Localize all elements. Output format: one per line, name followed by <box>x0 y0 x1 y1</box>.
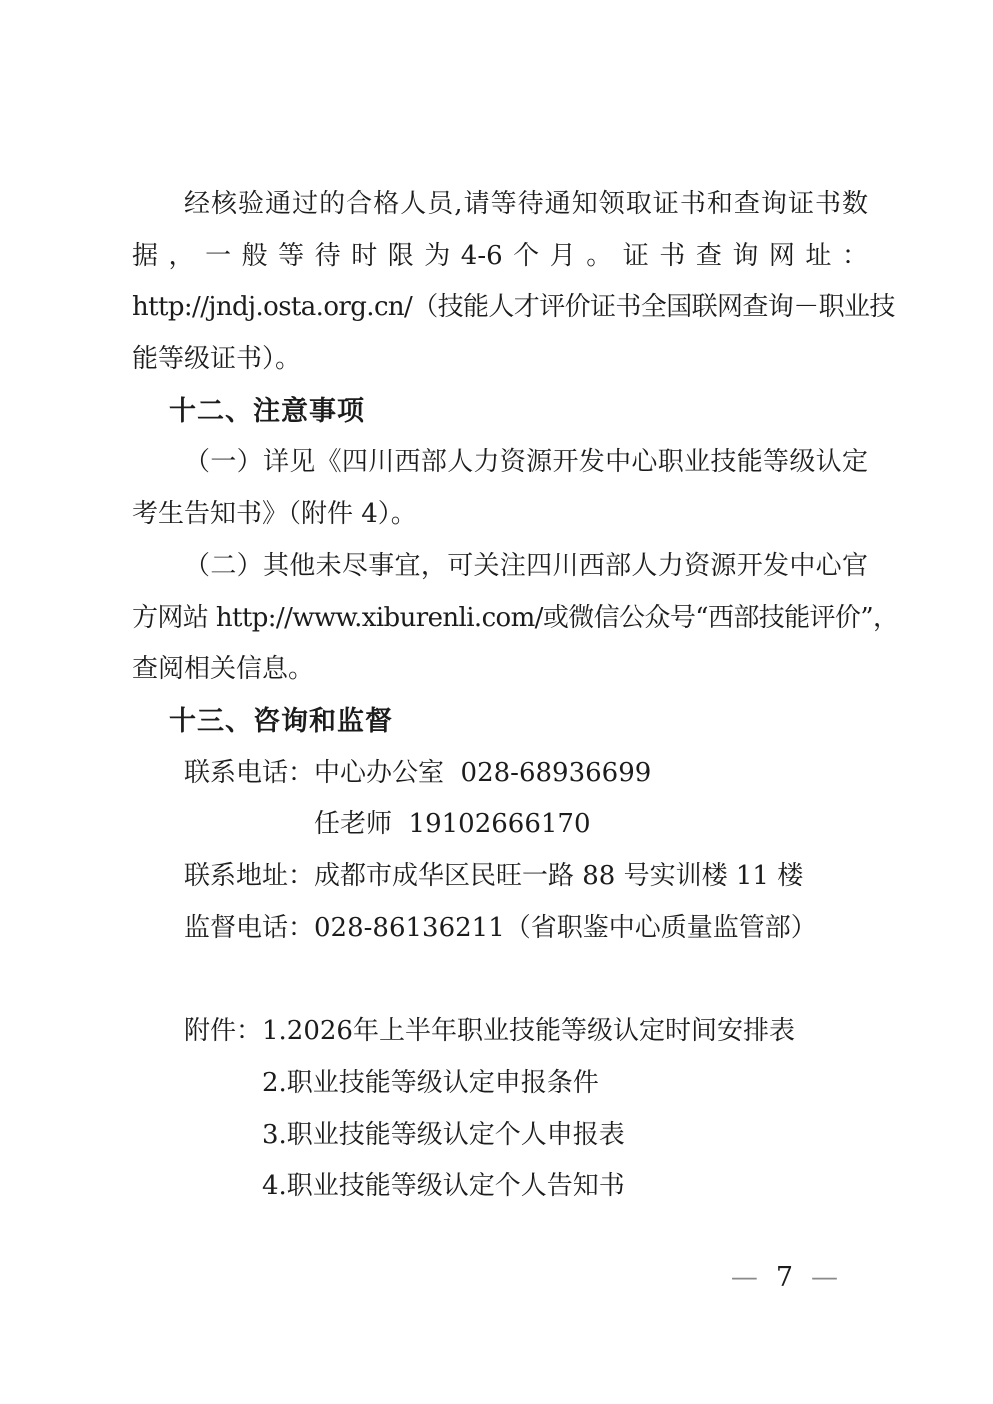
contact-address-line: 联系地址：成都市成华区民旺一路 88 号实训楼 11 楼 <box>132 851 868 903</box>
section-heading-12-notes: 十二、注意事项 <box>132 386 868 438</box>
attachment-item-4: 4.职业技能等级认定个人告知书 <box>132 1161 868 1213</box>
document-page: 经核验通过的合格人员,请等待通知领取证书和查询证书数 据，一般等待时限为4-6个… <box>0 0 993 1404</box>
attachment-item-3: 3.职业技能等级认定个人申报表 <box>132 1110 868 1162</box>
contact-phone-teacher-line: 任老师 19102666170 <box>132 799 868 851</box>
paragraph-certificate-line-4: 能等级证书）。 <box>132 334 868 386</box>
note-2-line-3: 查阅相关信息。 <box>132 644 868 696</box>
supervision-phone-line: 监督电话：028-86136211（省职鉴中心质量监管部） <box>132 903 868 955</box>
section-heading-13-contact: 十三、咨询和监督 <box>132 696 868 748</box>
paragraph-certificate-line-1: 经核验通过的合格人员,请等待通知领取证书和查询证书数 <box>132 179 868 231</box>
note-1-line-1: （一）详见《四川西部人力资源开发中心职业技能等级认定 <box>132 437 868 489</box>
page-number-value: 7 <box>758 1262 811 1293</box>
contact-phone-line: 联系电话：中心办公室 028-68936699 <box>132 748 868 800</box>
attachment-item-2: 2.职业技能等级认定申报条件 <box>132 1058 868 1110</box>
note-2-line-2-url: 方网站 http://www.xiburenli.com/或微信公众号“西部技能… <box>132 593 868 645</box>
note-1-line-2: 考生告知书》（附件 4）。 <box>132 489 868 541</box>
note-2-line-1: （二）其他未尽事宜，可关注四川西部人力资源开发中心官 <box>132 541 868 593</box>
document-body: 经核验通过的合格人员,请等待通知领取证书和查询证书数 据，一般等待时限为4-6个… <box>132 179 868 1213</box>
page-number: —7— <box>731 1256 838 1300</box>
paragraph-certificate-line-3-url: http://jndj.osta.org.cn/（技能人才评价证书全国联网查询－… <box>132 282 868 334</box>
page-number-dash-left: — <box>731 1262 758 1293</box>
page-number-dash-right: — <box>811 1262 838 1293</box>
attachment-item-1: 附件：1.2026年上半年职业技能等级认定时间安排表 <box>132 1006 868 1058</box>
paragraph-certificate-line-2: 据，一般等待时限为4-6个月。证书查询网址： <box>132 231 868 283</box>
